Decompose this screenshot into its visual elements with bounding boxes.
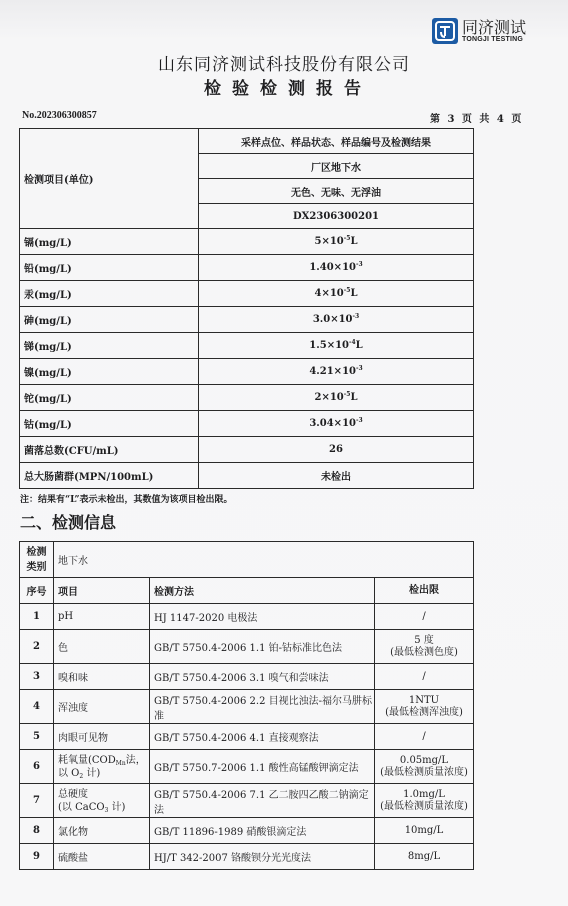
row-method: GB/T 5750.4-2006 3.1 嗅气和尝味法: [150, 664, 375, 690]
row-limit: 1.0mg/L(最低检测质量浓度): [375, 784, 474, 818]
sample-location: 厂区地下水: [199, 154, 474, 179]
row-method: GB/T 5750.4-2006 1.1 铂-钴标准比色法: [150, 630, 375, 664]
row-item: 色: [54, 630, 150, 664]
table-row: 铊(mg/L) 2×10-5L: [20, 385, 474, 411]
row-limit: /: [375, 604, 474, 630]
item-name: 镉(mg/L): [20, 229, 199, 255]
category-value: 地下水: [54, 542, 474, 578]
table-row: 汞(mg/L) 4×10-5L: [20, 281, 474, 307]
table-row: 8 氯化物 GB/T 11896-1989 硝酸银滴定法 10mg/L: [20, 818, 474, 844]
table-row: 菌落总数(CFU/mL) 26: [20, 437, 474, 463]
row-limit: 5 度(最低检测色度): [375, 630, 474, 664]
row-method: GB/T 5750.4-2006 4.1 直接观察法: [150, 724, 375, 750]
row-item: 总硬度(以 CaCO3 计): [54, 784, 150, 818]
table-row: 7 总硬度(以 CaCO3 计) GB/T 5750.4-2006 7.1 乙二…: [20, 784, 474, 818]
header-row: 序号 项目 检测方法 检出限: [20, 578, 474, 604]
table-row: 6 耗氧量(CODMn法，以 O2 计) GB/T 5750.7-2006 1.…: [20, 750, 474, 784]
company-name: 山东同济测试科技股份有限公司: [0, 50, 568, 75]
row-method: GB/T 5750.4-2006 7.1 乙二胺四乙酸二钠滴定法: [150, 784, 375, 818]
col-header-method: 检测方法: [150, 578, 375, 604]
logo-text-en: TONGJI TESTING: [462, 36, 526, 43]
row-method: GB/T 5750.7-2006 1.1 酸性高锰酸钾滴定法: [150, 750, 375, 784]
item-name: 菌落总数(CFU/mL): [20, 437, 199, 463]
table-row: 3 嗅和味 GB/T 5750.4-2006 3.1 嗅气和尝味法 /: [20, 664, 474, 690]
row-method: HJ 1147-2020 电极法: [150, 604, 375, 630]
table-row: 2 色 GB/T 5750.4-2006 1.1 铂-钴标准比色法 5 度(最低…: [20, 630, 474, 664]
row-method: GB/T 11896-1989 硝酸银滴定法: [150, 818, 375, 844]
result-value: 3.04×10-3: [199, 411, 474, 437]
report-number: No.202306300857: [22, 110, 97, 121]
category-label: 检测类别: [20, 542, 54, 578]
report-title: 检验检测报告: [0, 74, 568, 99]
sample-id: DX2306300201: [199, 204, 474, 229]
result-value: 1.40×10-3: [199, 255, 474, 281]
result-value: 3.0×10-3: [199, 307, 474, 333]
row-item: 耗氧量(CODMn法，以 O2 计): [54, 750, 150, 784]
section-title: 二、检测信息: [20, 510, 116, 533]
row-no: 1: [20, 604, 54, 630]
item-name: 铊(mg/L): [20, 385, 199, 411]
result-value: 2×10-5L: [199, 385, 474, 411]
table-row: 9 硫酸盐 HJ/T 342-2007 铬酸钡分光光度法 8mg/L: [20, 844, 474, 870]
col-header-item: 项目: [54, 578, 150, 604]
item-name: 总大肠菌群(MPN/100mL): [20, 463, 199, 489]
item-header: 检测项目(单位): [20, 129, 199, 229]
table-row: 1 pH HJ 1147-2020 电极法 /: [20, 604, 474, 630]
col-header-limit: 检出限: [375, 578, 474, 604]
item-name: 铅(mg/L): [20, 255, 199, 281]
item-name: 钴(mg/L): [20, 411, 199, 437]
result-value: 26: [199, 437, 474, 463]
result-value: 1.5×10-4L: [199, 333, 474, 359]
item-name: 镍(mg/L): [20, 359, 199, 385]
results-table: 检测项目(单位) 采样点位、样品状态、样品编号及检测结果 厂区地下水 无色、无味…: [19, 128, 474, 489]
row-limit: /: [375, 724, 474, 750]
row-item: 氯化物: [54, 818, 150, 844]
result-value: 5×10-5L: [199, 229, 474, 255]
col-header-no: 序号: [20, 578, 54, 604]
logo-text-cn: 同济测试: [462, 19, 526, 36]
table-row: 5 肉眼可见物 GB/T 5750.4-2006 4.1 直接观察法 /: [20, 724, 474, 750]
row-limit: /: [375, 664, 474, 690]
row-no: 3: [20, 664, 54, 690]
table-row: 总大肠菌群(MPN/100mL) 未检出: [20, 463, 474, 489]
result-value: 4.21×10-3: [199, 359, 474, 385]
row-item: 硫酸盐: [54, 844, 150, 870]
table-row: 砷(mg/L) 3.0×10-3: [20, 307, 474, 333]
row-no: 6: [20, 750, 54, 784]
sample-state: 无色、无味、无浮油: [199, 179, 474, 204]
item-name: 砷(mg/L): [20, 307, 199, 333]
table-row: 锑(mg/L) 1.5×10-4L: [20, 333, 474, 359]
company-logo: 同济测试 TONGJI TESTING: [432, 18, 526, 44]
tongji-logo-icon: [432, 18, 458, 44]
report-page: 同济测试 TONGJI TESTING 山东同济测试科技股份有限公司 检验检测报…: [0, 0, 568, 906]
row-limit: 10mg/L: [375, 818, 474, 844]
row-no: 8: [20, 818, 54, 844]
row-no: 4: [20, 690, 54, 724]
table-row: 4 浑浊度 GB/T 5750.4-2006 2.2 目视比浊法-福尔马肼标准 …: [20, 690, 474, 724]
results-note: 注：结果有“L”表示未检出，其数值为该项目检出限。: [20, 492, 233, 505]
item-name: 锑(mg/L): [20, 333, 199, 359]
result-value: 4×10-5L: [199, 281, 474, 307]
row-method: GB/T 5750.4-2006 2.2 目视比浊法-福尔马肼标准: [150, 690, 375, 724]
row-limit: 1NTU(最低检测浑浊度): [375, 690, 474, 724]
row-item: 嗅和味: [54, 664, 150, 690]
result-value: 未检出: [199, 463, 474, 489]
row-item: 浑浊度: [54, 690, 150, 724]
table-row: 钴(mg/L) 3.04×10-3: [20, 411, 474, 437]
row-no: 2: [20, 630, 54, 664]
row-no: 5: [20, 724, 54, 750]
method-table: 检测类别 地下水 序号 项目 检测方法 检出限 1 pH HJ 1147-202…: [19, 541, 474, 870]
row-limit: 8mg/L: [375, 844, 474, 870]
row-no: 9: [20, 844, 54, 870]
row-no: 7: [20, 784, 54, 818]
page-indicator: 第 3 页 共 4 页: [430, 110, 523, 125]
row-method: HJ/T 342-2007 铬酸钡分光光度法: [150, 844, 375, 870]
table-row: 镍(mg/L) 4.21×10-3: [20, 359, 474, 385]
row-item: 肉眼可见物: [54, 724, 150, 750]
sample-header: 采样点位、样品状态、样品编号及检测结果: [199, 129, 474, 154]
category-row: 检测类别 地下水: [20, 542, 474, 578]
row-item: pH: [54, 604, 150, 630]
item-name: 汞(mg/L): [20, 281, 199, 307]
table-row: 铅(mg/L) 1.40×10-3: [20, 255, 474, 281]
table-row: 镉(mg/L) 5×10-5L: [20, 229, 474, 255]
row-limit: 0.05mg/L(最低检测质量浓度): [375, 750, 474, 784]
